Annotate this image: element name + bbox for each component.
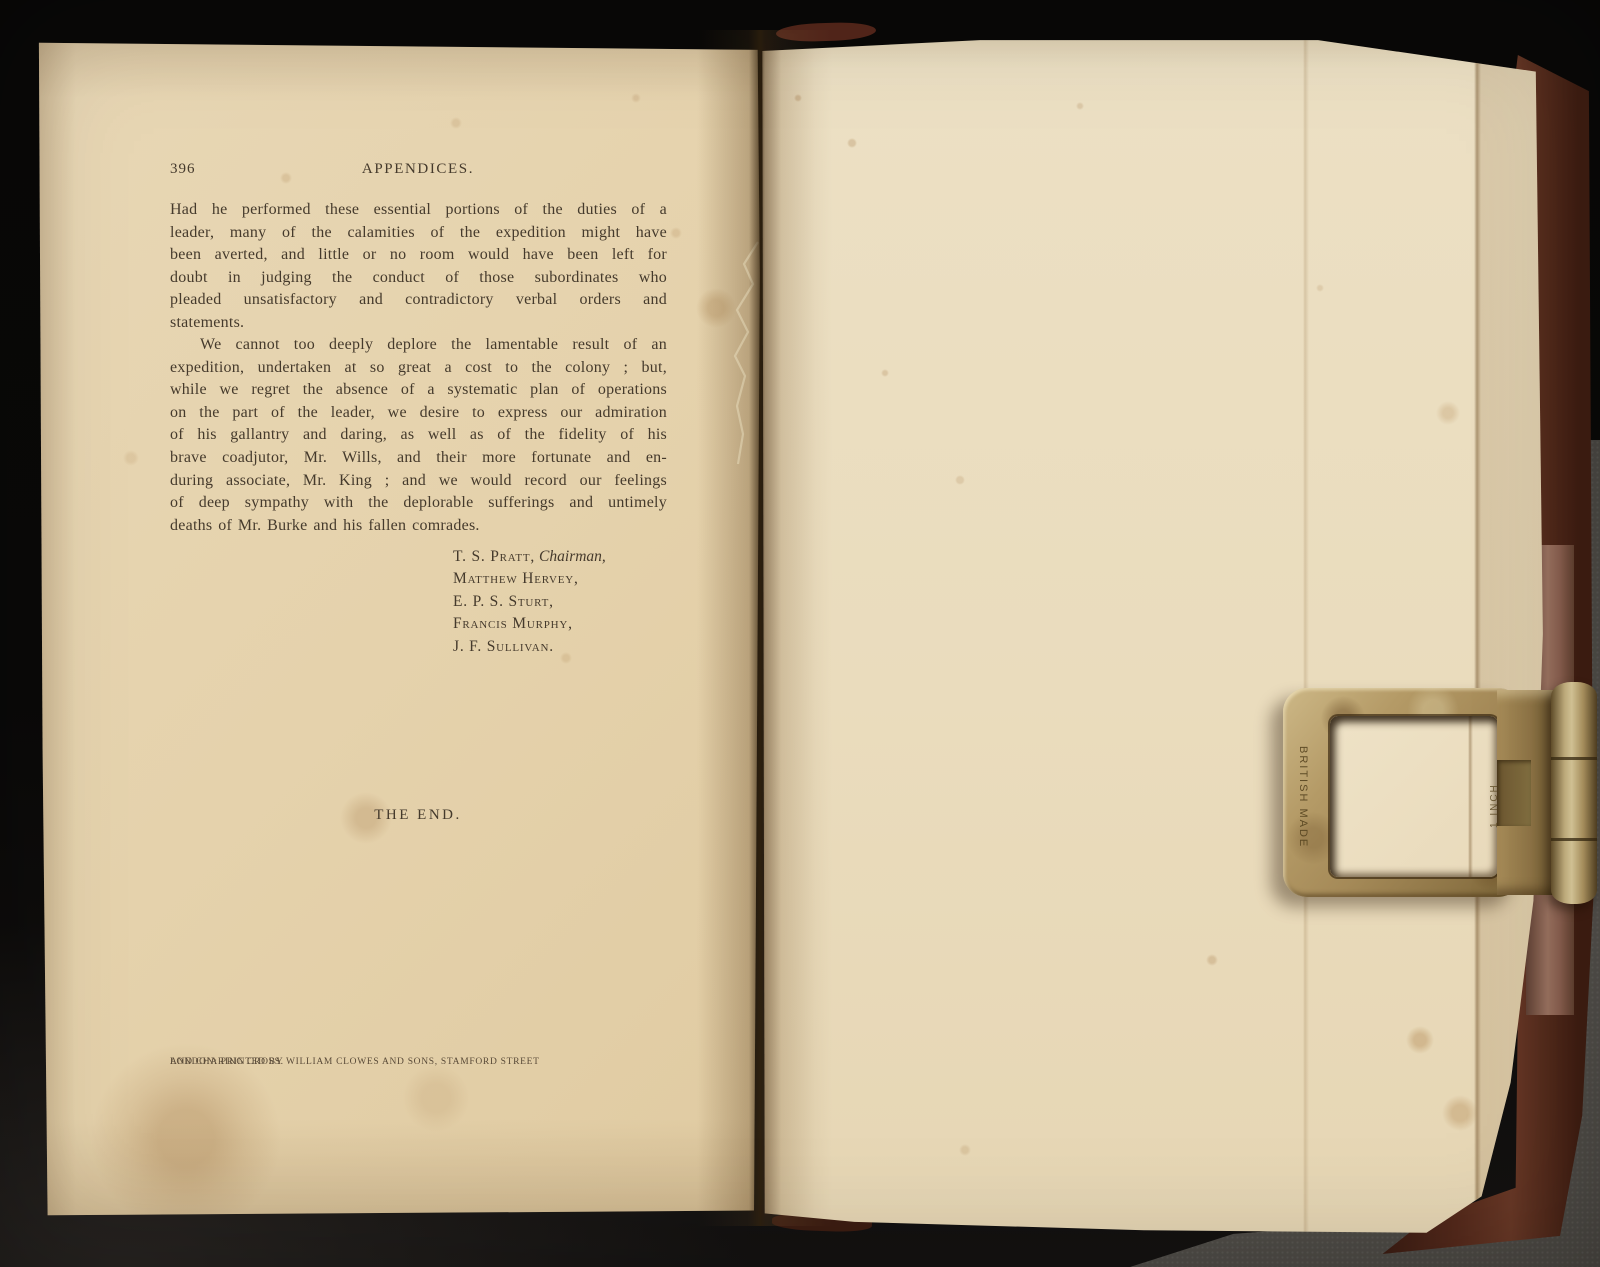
body-line: pleaded unsatisfactory and contradictory…	[170, 289, 667, 312]
signature: Francis Murphy,	[453, 613, 713, 635]
signature-name: E. P. S. Sturt,	[453, 593, 554, 610]
blank-right-page	[760, 28, 1546, 1240]
signature: J. F. Sullivan.	[453, 636, 713, 658]
body-line: of his gallantry and daring, as well as …	[170, 424, 667, 447]
signature-name: T. S. Pratt,	[453, 548, 535, 565]
signature: E. P. S. Sturt,	[453, 591, 713, 613]
signature: Matthew Hervey,	[453, 568, 713, 590]
body-line: on the part of the leader, we desire to …	[170, 402, 667, 425]
page-tear	[708, 238, 768, 468]
hinge-barrel-seam	[1551, 757, 1597, 760]
clasp-hinge-notch	[1497, 760, 1531, 826]
buckle-window	[1330, 716, 1498, 877]
page-header: 396 APPENDICES.	[170, 161, 666, 181]
brass-clasp: BRITISH MADE 1 INCH	[1265, 665, 1600, 910]
spine-headband	[776, 21, 877, 42]
signature-name: Francis Murphy,	[453, 615, 573, 632]
body-line: Had he performed these essential portion…	[170, 199, 667, 222]
signature-name: J. F. Sullivan.	[453, 638, 554, 655]
buckle-stamp-british-made: BRITISH MADE	[1287, 720, 1309, 875]
signature: T. S. Pratt,Chairman,	[453, 546, 713, 568]
body-line: brave coadjutor, Mr. Wills, and their mo…	[170, 447, 667, 470]
body-line: deaths of Mr. Burke and his fallen comra…	[170, 515, 667, 538]
book-photograph: 396 APPENDICES. Had he performed these e…	[0, 0, 1600, 1267]
body-line: expedition, undertaken at so great a cos…	[170, 357, 667, 380]
body-line: statements.	[170, 312, 667, 335]
body-line: been averted, and little or no room woul…	[170, 244, 667, 267]
imprint-line: AND CHARING CROSS.	[170, 1055, 284, 1070]
hinge-barrel-seam	[1551, 838, 1597, 841]
body-line: doubt in judging the conduct of those su…	[170, 267, 667, 290]
body-line: of deep sympathy with the deplorable suf…	[170, 492, 667, 515]
body-text: Had he performed these essential portion…	[170, 199, 667, 537]
signature-name: Matthew Hervey,	[453, 570, 579, 587]
the-end-label: THE END.	[170, 807, 666, 824]
body-line: We cannot too deeply deplore the lamenta…	[170, 334, 667, 357]
signature-list: T. S. Pratt,Chairman, Matthew Hervey, E.…	[453, 546, 713, 658]
signature-role: Chairman,	[539, 548, 606, 565]
body-line: while we regret the absence of a systema…	[170, 379, 667, 402]
printed-left-page: 396 APPENDICES. Had he performed these e…	[36, 38, 762, 1220]
body-line: during associate, Mr. King ; and we woul…	[170, 470, 667, 493]
running-head: APPENDICES.	[170, 161, 666, 178]
body-line: leader, many of the calamities of the ex…	[170, 222, 667, 245]
clasp-hinge-barrel	[1551, 682, 1597, 904]
